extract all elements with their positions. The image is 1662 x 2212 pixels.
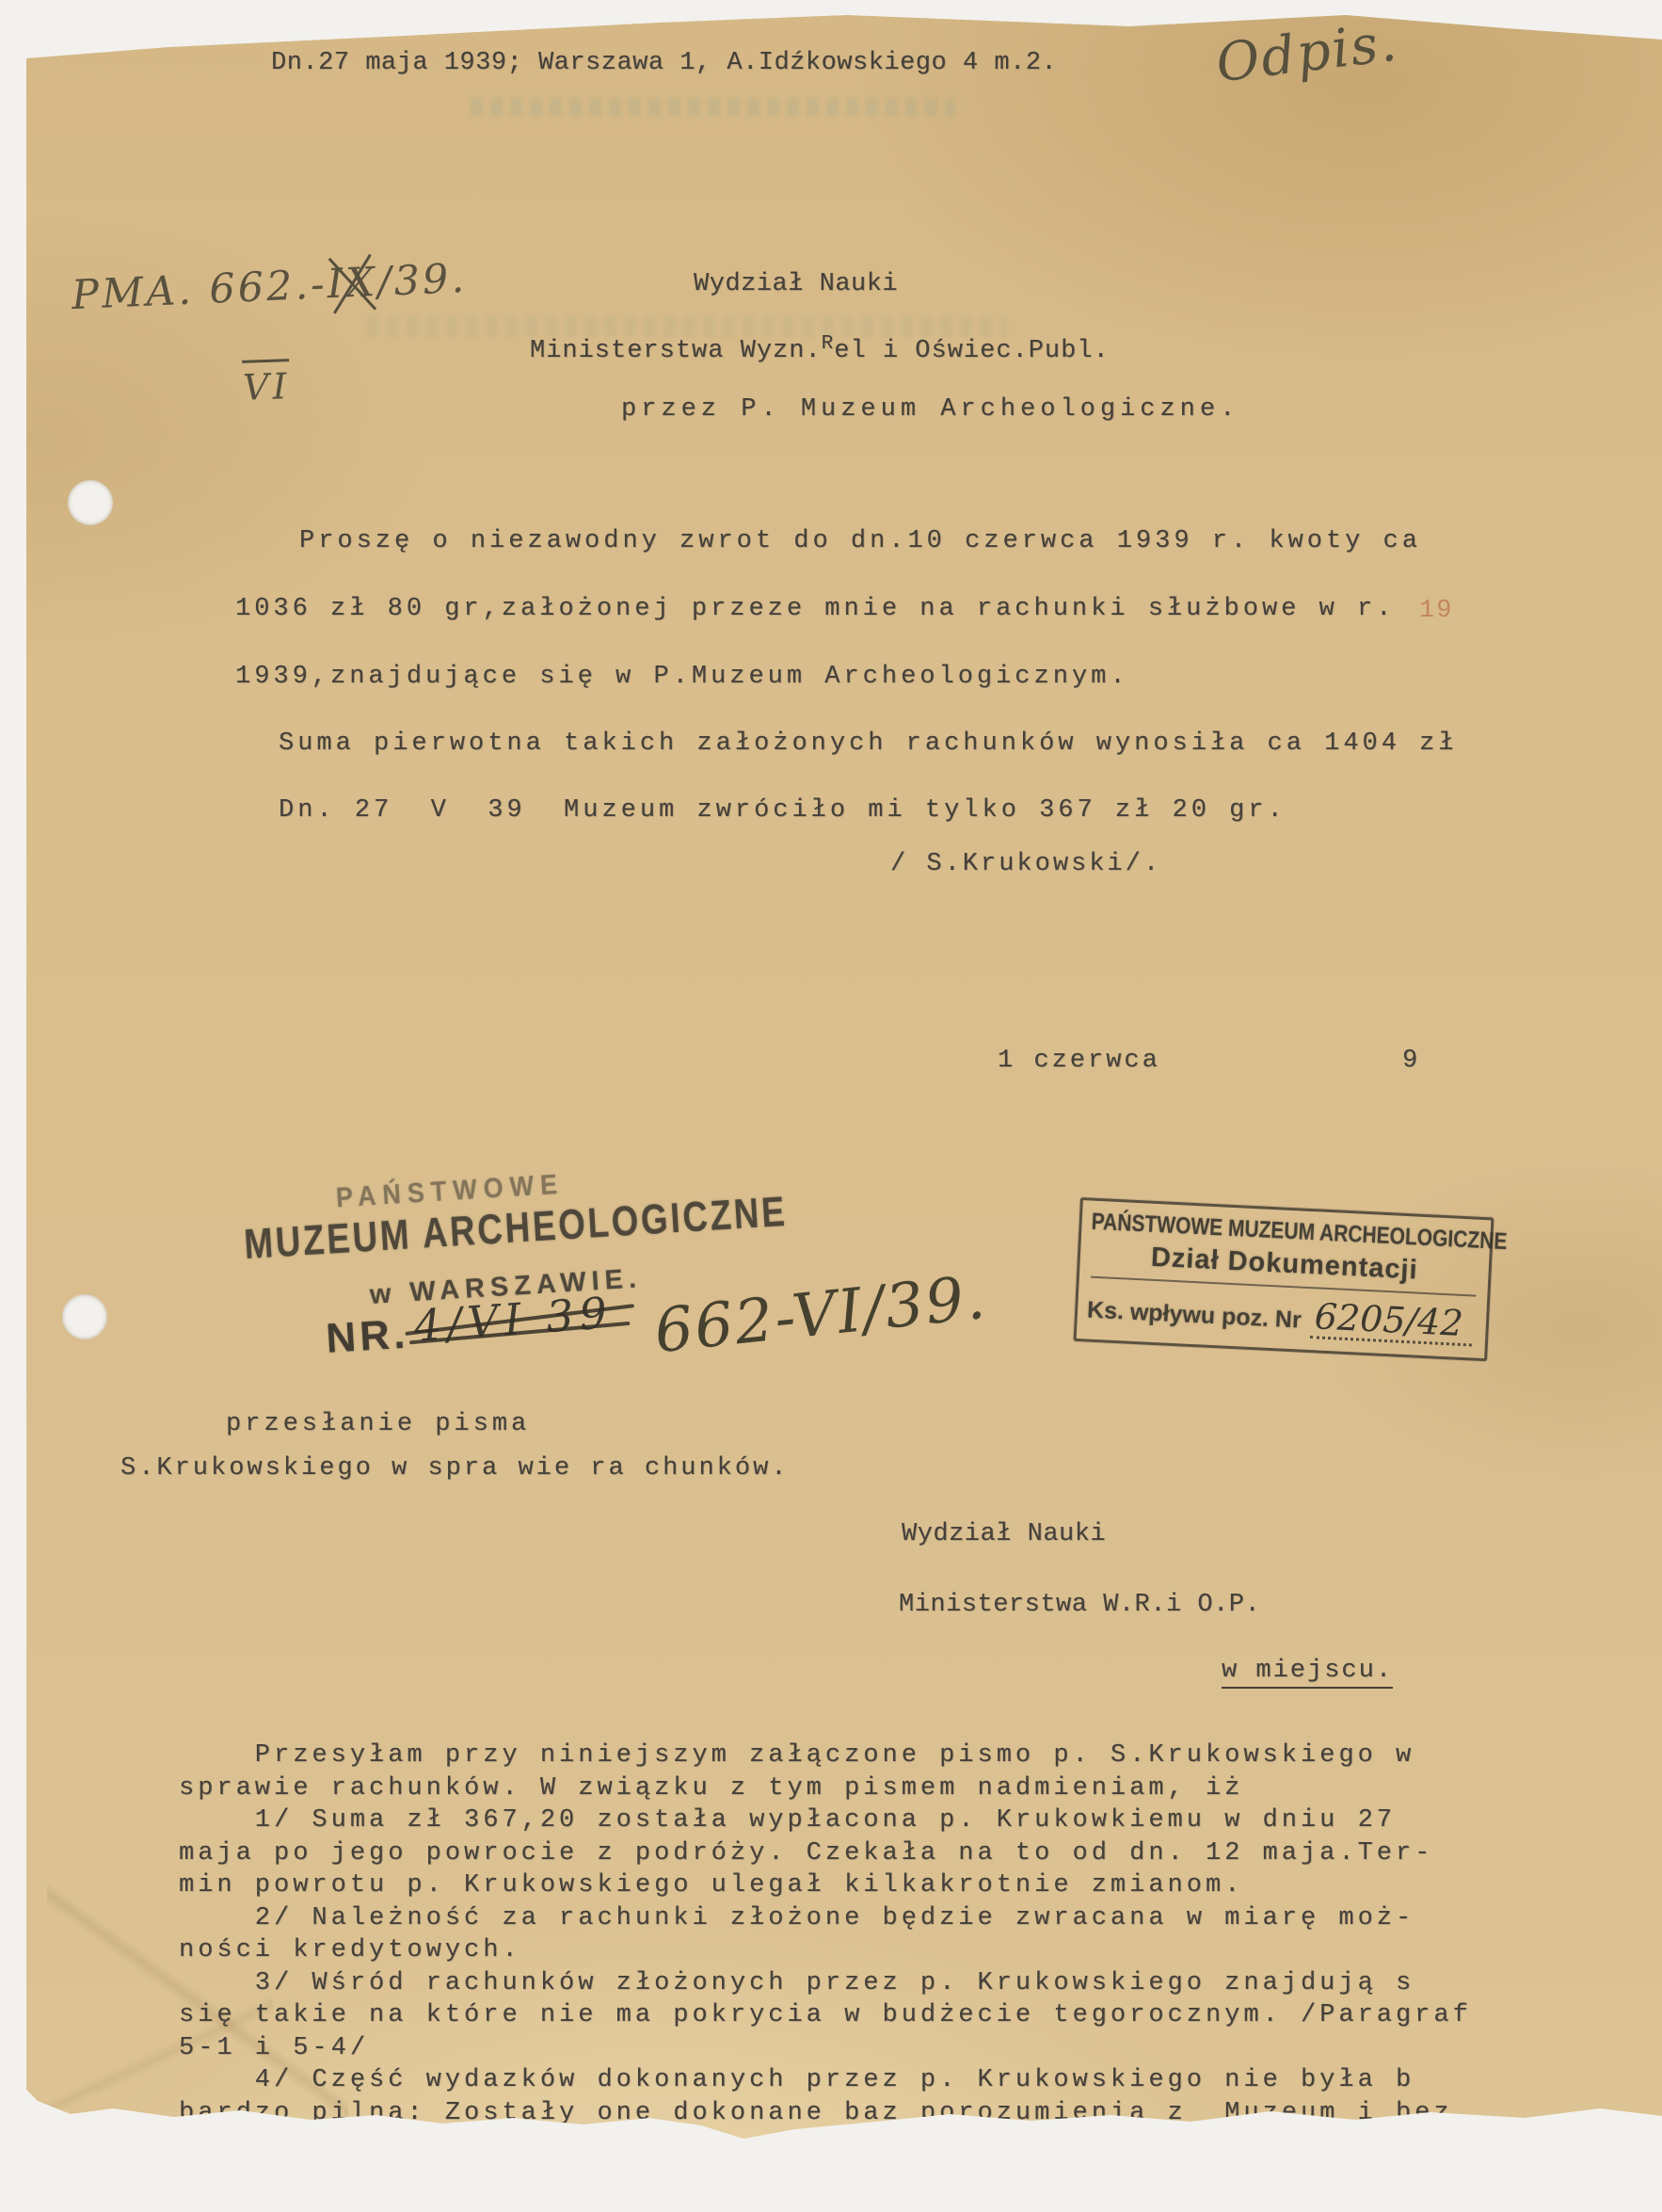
body-request-line: 1939,znajdujące się w P.Muzeum Archeolog… [235, 663, 1129, 691]
body-request-line: Suma pierwotna takich założonych rachunk… [279, 729, 1458, 758]
body-reply-block: Przesyłam przy niniejszym załączone pism… [179, 1739, 1472, 2129]
reply-date: 1 czerwca [998, 1047, 1160, 1075]
body-request-line: Proszę o niezawodny zwrot do dn.10 czerw… [299, 527, 1421, 555]
paper-sheet: Dn.27 maja 1939; Warszawa 1, A.Idźkowski… [0, 0, 1662, 2212]
body-reply-line: Przesyłam przy niniejszym załączone pism… [179, 1739, 1472, 1772]
body-reply-line: się takie na które nie ma pokrycia w bud… [179, 1999, 1472, 2032]
bleed-through-smear [471, 98, 955, 117]
body-reply-line: 2/ Należność za rachunki złożone będzie … [179, 1902, 1472, 1935]
body-reply-line: 4/ Część wydazków dokonanych przez p. Kr… [179, 2064, 1472, 2097]
doc-stamp-box: PAŃSTWOWE MUZEUM ARCHEOLOGICZNE Dział Do… [1074, 1197, 1494, 1361]
body-reply-line: maja po jego powrocie z podróży. Czekała… [179, 1837, 1472, 1870]
punch-hole-top [68, 480, 113, 525]
ledger-label: Ks. wpływu poz. Nr [1086, 1297, 1302, 1335]
recipient-top-line2-post: el i Oświec.Publ. [834, 337, 1109, 365]
registry-suffix: /39. [376, 255, 468, 306]
scanned-letter-page: Dn.27 maja 1939; Warszawa 1, A.Idźkowski… [0, 0, 1662, 2212]
odpis-note: Odpis. [1213, 11, 1402, 94]
recipient-top-line3: przez P. Muzeum Archeologiczne. [621, 395, 1239, 424]
stamp-left-nr-label: NR. [325, 1311, 410, 1363]
subject-line1: przesłanie pisma [226, 1410, 530, 1438]
body-reply-line: min powrotu p. Krukowskiego ulegał kilka… [179, 1869, 1472, 1902]
doc-stamp-ledger-row: Ks. wpływu poz. Nr 6205/42 [1086, 1288, 1478, 1347]
body-reply-line: 5-1 i 5-4/ [179, 2032, 1472, 2065]
stamp-left-handwritten-number: 662-VI/39. [651, 1263, 990, 1368]
ledger-number: 6205/42 [1310, 1298, 1474, 1346]
recipient-bottom-line2: Ministerstwa W.R.i O.P. [899, 1591, 1260, 1619]
registry-crossed-numeral: IX [326, 259, 378, 308]
body-request-line: 1036 zł 80 gr,założonej przeze mnie na r… [235, 595, 1395, 623]
registry-correction: VI [242, 359, 291, 409]
body-request-line: Dn. 27 V 39 Muzeum zwróciło mi tylko 367… [279, 796, 1286, 825]
body-reply-line: sprawie rachunków. W związku z tym pisme… [179, 1772, 1472, 1805]
recipient-bottom-line3: w miejscu. [1222, 1657, 1393, 1689]
punch-hole-bottom [62, 1294, 107, 1339]
faded-year-fragment: 19 [1419, 597, 1453, 625]
recipient-top-line2: Ministerstwa Wyzn.Rel i Oświec.Publ. [530, 332, 1110, 365]
body-reply-line: bardzo pilna: Zostały one dokonane baz p… [179, 2097, 1472, 2130]
recipient-bottom-line1: Wydział Nauki [902, 1520, 1106, 1548]
body-reply-line: ności kredytowych. [179, 1934, 1472, 1967]
signature: / S.Krukowski/. [890, 850, 1161, 878]
superscript-r: R [822, 332, 835, 355]
body-reply-line: 1/ Suma zł 367,20 została wypłacona p. K… [179, 1804, 1472, 1837]
registry-prefix: PMA. 662.- [71, 261, 328, 319]
recipient-top-line2-pre: Ministerstwa Wyzn. [530, 337, 822, 365]
reply-number: 9 [1402, 1047, 1420, 1075]
recipient-top-line1: Wydział Nauki [694, 270, 898, 298]
dateline: Dn.27 maja 1939; Warszawa 1, A.Idźkowski… [271, 49, 1057, 77]
registry-annotation: PMA. 662.-IX/39. [71, 255, 468, 319]
body-reply-line: 3/ Wśród rachunków złożonych przez p. Kr… [179, 1967, 1472, 2000]
subject-line2: S.Krukowskiego w spra wie ra chunków. [120, 1454, 790, 1483]
